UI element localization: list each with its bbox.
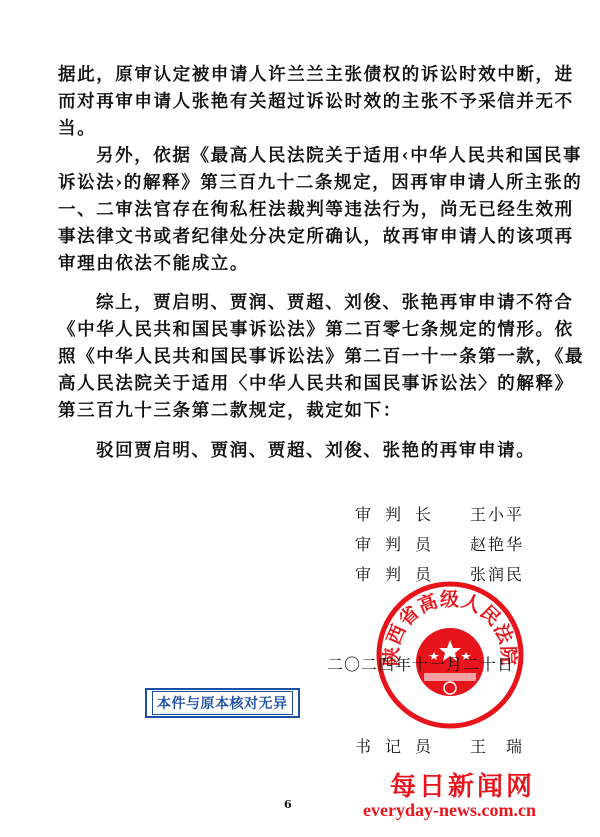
paragraph-conclusion: 综上，贾启明、贾润、贾超、刘俊、张艳再审申请不符合 《中华人民共和国民事诉讼法》… bbox=[58, 290, 522, 425]
signature-name: 王小平 bbox=[470, 505, 524, 525]
text-line: 另外，依据《最高人民法院关于适用‹中华人民共和国民事 bbox=[58, 143, 522, 170]
page-number: 6 bbox=[284, 798, 292, 811]
text-line: 诉讼法›的解释》第三百九十二条规定，因再审申请人所主张的 bbox=[58, 170, 522, 197]
signature-clerk: 书记员王 瑞 bbox=[355, 737, 524, 757]
paragraph-judge-misconduct: 另外，依据《最高人民法院关于适用‹中华人民共和国民事 诉讼法›的解释》第三百九十… bbox=[58, 143, 522, 278]
text-line: 而对再审申请人张艳有关超过诉讼时效的主张不予采信并无不 bbox=[58, 89, 522, 116]
text-line: 一、二审法官存在徇私枉法裁判等违法行为，尚无已经生效刑 bbox=[58, 197, 522, 224]
text-line: 第三百九十三条第二款规定，裁定如下： bbox=[58, 398, 522, 425]
signature-role: 书记员 bbox=[355, 737, 470, 757]
ruling-date: 二〇二四年十一月二十日 bbox=[327, 652, 514, 675]
text-line: 审理由依法不能成立。 bbox=[58, 251, 522, 278]
text-line: 《中华人民共和国民事诉讼法》第二百零七条规定的情形。依 bbox=[58, 317, 522, 344]
text-line: 事法律文书或者纪律处分决定所确认，故再审申请人的该项再 bbox=[58, 224, 522, 251]
text-line: 驳回贾启明、贾润、贾超、刘俊、张艳的再审申请。 bbox=[58, 438, 522, 465]
text-line: 综上，贾启明、贾润、贾超、刘俊、张艳再审申请不符合 bbox=[58, 290, 522, 317]
signature-role: 审判长 bbox=[355, 505, 470, 525]
signature-name: 王 瑞 bbox=[470, 737, 524, 757]
signature-judge-1: 审判员赵艳华 bbox=[355, 535, 524, 555]
ruling-text: 驳回贾启明、贾润、贾超、刘俊、张艳的再审申请。 bbox=[58, 438, 522, 465]
paragraph-statute-of-limitations: 据此，原审认定被申请人许兰兰主张债权的诉讼时效中断，进 而对再审申请人张艳有关超… bbox=[58, 62, 522, 143]
text-line: 高人民法院关于适用〈中华人民共和国民事诉讼法〉的解释》 bbox=[58, 371, 522, 398]
text-line: 据此，原审认定被申请人许兰兰主张债权的诉讼时效中断，进 bbox=[58, 62, 522, 89]
watermark-url: everyday-news.com.cn bbox=[363, 800, 536, 821]
signature-name: 赵艳华 bbox=[470, 535, 524, 555]
text-line: 照《中华人民共和国民事诉讼法》第二百一十一条第一款，《最 bbox=[58, 344, 522, 371]
watermark-logo: 每日新闻网 bbox=[390, 766, 535, 803]
verification-stamp-text: 本件与原本核对无异 bbox=[152, 691, 293, 715]
text-line: 当。 bbox=[58, 116, 522, 143]
verification-stamp: 本件与原本核对无异 bbox=[145, 688, 300, 718]
signature-presiding-judge: 审判长王小平 bbox=[355, 505, 524, 525]
signature-role: 审判员 bbox=[355, 535, 470, 555]
